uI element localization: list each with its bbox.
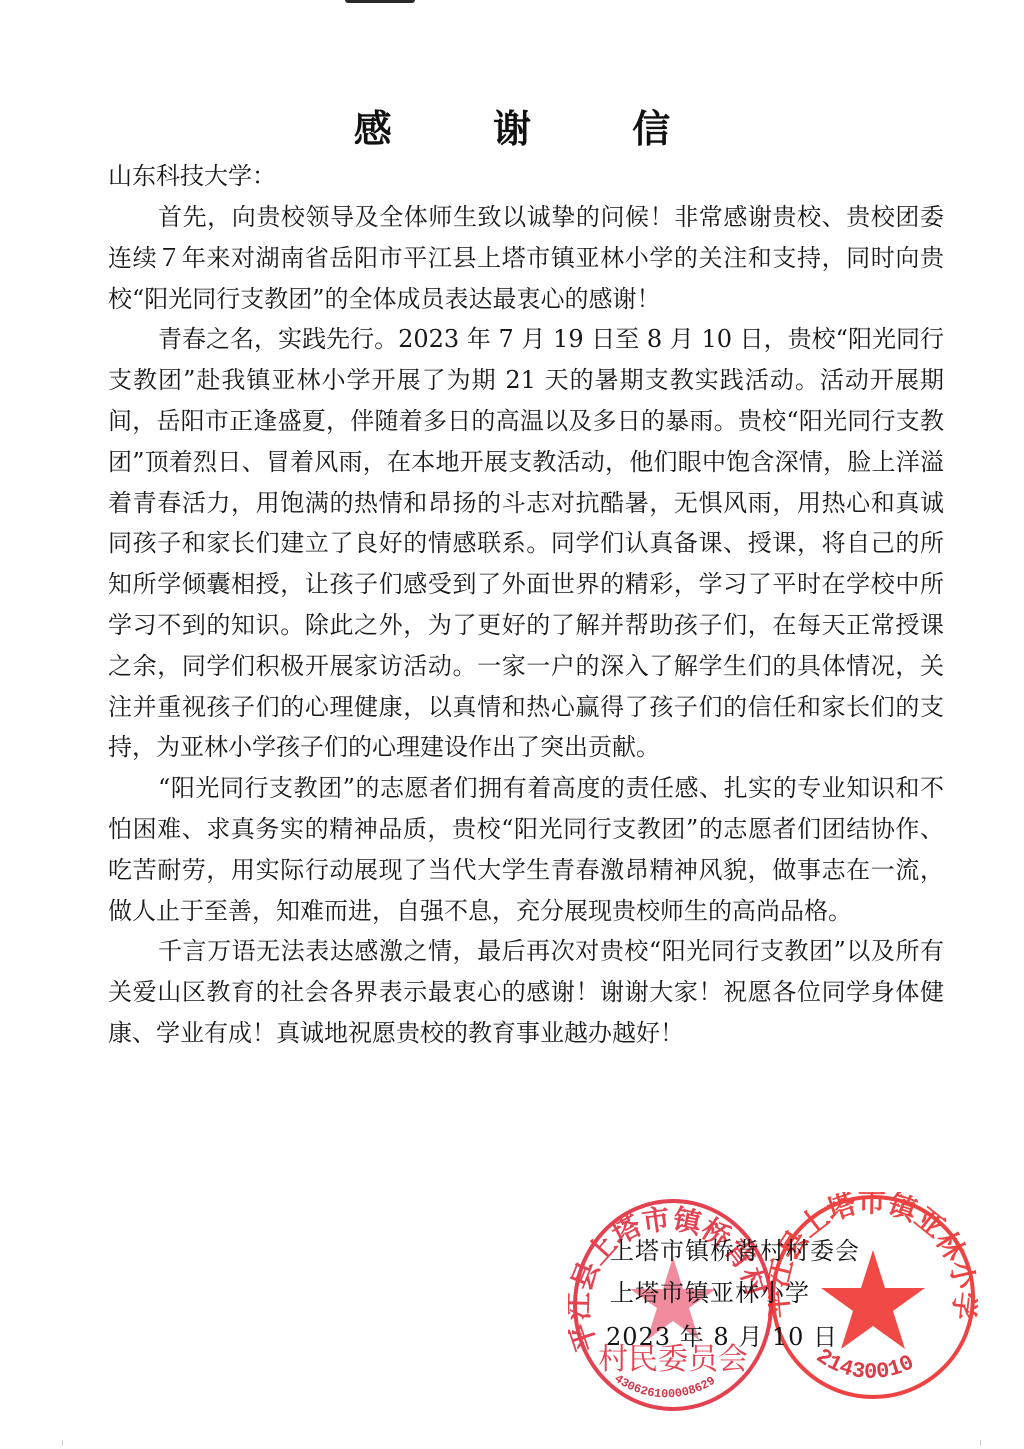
scan-artifact <box>345 0 415 3</box>
paragraph-closing: 千言万语无法表达感激之情，最后再次对贵校“阳光同行支教团”以及所有关爱山区教育的… <box>108 931 944 1053</box>
scan-edge-mark <box>980 1440 981 1446</box>
letter-page: 感 谢 信 山东科技大学： 首先，向贵校领导及全体师生致以诚挚的问候！非常感谢贵… <box>0 0 1024 1449</box>
letter-title: 感 谢 信 <box>0 104 1024 154</box>
signature-village-committee: 上塔市镇桥背村村委会 <box>610 1236 860 1266</box>
scan-edge-mark <box>62 1440 63 1446</box>
signature-school: 上塔市镇亚林小学 <box>610 1278 810 1308</box>
signature-date: 2023 年 8 月 10 日 <box>606 1322 838 1352</box>
letter-body: 首先，向贵校领导及全体师生致以诚挚的问候！非常感谢贵校、贵校团委连续７年来对湖南… <box>108 197 944 1054</box>
paragraph-greeting: 首先，向贵校领导及全体师生致以诚挚的问候！非常感谢贵校、贵校团委连续７年来对湖南… <box>108 197 944 319</box>
paragraph-activity: 青春之名，实践先行。2023 年 7 月 19 日至 8 月 10 日，贵校“阳… <box>108 319 944 768</box>
paragraph-volunteers: “阳光同行支教团”的志愿者们拥有着高度的责任感、扎实的专业知识和不怕困难、求真务… <box>108 768 944 931</box>
salutation: 山东科技大学： <box>108 161 276 191</box>
